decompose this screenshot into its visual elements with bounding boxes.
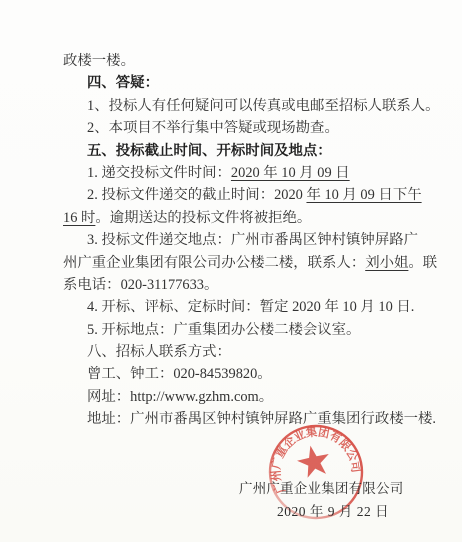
section-5-heading: 五、投标截止时间、开标时间及地点： (63, 140, 452, 162)
sec5-item-2-continuation: 16 时。逾期送达的投标文件将被拒绝。 (63, 207, 452, 229)
sec5-item-4: 4. 开标、评标、定标时间：暂定 2020 年 10 月 10 日. (63, 296, 452, 318)
star-icon (295, 442, 333, 479)
section-4-heading: 四、答疑： (63, 72, 452, 94)
sec5-item-2: 2. 投标文件递交的截止时间：2020 年 10 月 09 日下午 (63, 184, 452, 206)
deadline-hour-underlined: 16 时 (63, 210, 95, 226)
deadline-date-underlined: 年 10 月 09 日下午 (306, 187, 421, 203)
sec5-item-1-label: 1. 递交投标文件时间： (87, 165, 231, 181)
sec5-item-2-label: 2. 投标文件递交的截止时间：2020 (87, 187, 306, 203)
contact-phone-line: 曾工、钟工：020-84539820。 (63, 363, 452, 385)
submission-date-underlined: 2020 年 10 月 09 日 (231, 165, 350, 181)
document-body: 政楼一楼。 四、答疑： 1、投标人有任何疑问可以传真或电邮至招标人联系人。 2、… (63, 50, 452, 431)
sec5-item-1: 1. 递交投标文件时间：2020 年 10 月 09 日 (63, 162, 452, 184)
signature-company-name: 广州广重企业集团有限公司 (239, 477, 403, 497)
sec5-item-3-continuation-2: 系电话：020-31177633。 (63, 274, 452, 296)
sec5-item-3: 3. 投标文件递交地点：广州市番禺区钟村镇钟屏路广 (63, 229, 452, 251)
sec5-item-3-post: 。联 (408, 255, 437, 271)
website-line: 网址：http://www.gzhm.com。 (63, 386, 452, 408)
contact-person-underlined: 刘小姐 (365, 255, 408, 271)
sec5-item-3-continuation-1: 州广重企业集团有限公司办公楼二楼，联系人：刘小姐。联 (63, 252, 452, 274)
sec5-item-3-address: 州广重企业集团有限公司办公楼二楼，联系人： (63, 255, 365, 271)
sec4-item-2: 2、本项目不举行集中答疑或现场勘查。 (63, 117, 452, 139)
sec5-item-5: 5. 开标地点：广重集团办公楼二楼会议室。 (63, 319, 452, 341)
continuation-line-top: 政楼一楼。 (63, 50, 452, 72)
document-page: 政楼一楼。 四、答疑： 1、投标人有任何疑问可以传真或电邮至招标人联系人。 2、… (0, 0, 462, 542)
signature-date: 2020 年 9 月 22 日 (277, 500, 389, 520)
sec5-item-2-rest: 。逾期送达的投标文件将被拒绝。 (95, 210, 311, 226)
section-8-heading: 八、招标人联系方式： (63, 341, 452, 363)
sec4-item-1: 1、投标人有任何疑问可以传真或电邮至招标人联系人。 (63, 95, 452, 117)
